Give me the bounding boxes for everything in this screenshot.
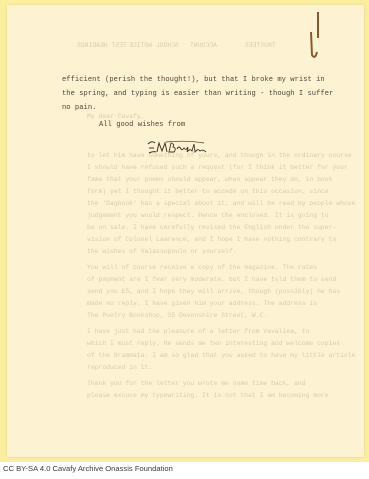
signature-image: [146, 139, 208, 157]
header-bleed-1: TEST HEADINGS: [77, 42, 127, 49]
bleed-line: I should have refused such a request (fo…: [87, 164, 348, 171]
bleed-line: of the Grammata. I am so glad that you a…: [87, 352, 355, 359]
bleed-line: send you £5, and I hope they will arrive…: [87, 288, 340, 295]
bleed-line: Thank you for the letter you wrote me so…: [87, 380, 306, 387]
body-line-1: efficient (perish the thought!), but tha…: [62, 76, 369, 84]
bleed-line: The Poetry Bookshop, 35 Devonshire Stree…: [87, 312, 267, 319]
bleed-line: My dear Cavafy,: [87, 113, 145, 120]
bleed-line: judgement you would respect. Hence the e…: [87, 212, 329, 219]
bleed-line: You will of course receive a copy of the…: [87, 264, 317, 271]
bleed-line: made no reply. I have given him your add…: [87, 300, 317, 307]
copyright-credit: CC BY-SA 4.0 Cavafy Archive Onassis Foun…: [3, 464, 173, 473]
closing: All good wishes from: [99, 121, 369, 129]
body-line-2: the spring, and typing is easier than wr…: [62, 90, 369, 98]
bleed-line: of payment are I fear very moderate, but…: [87, 276, 336, 283]
bleed-line: form) yet I thought it better to accede …: [87, 188, 329, 195]
header-bleed-2: SCHOOL NOTICE: [129, 42, 179, 49]
pen-mark: [306, 10, 326, 60]
bleed-line: which I must reply. He sends me two inte…: [87, 340, 340, 347]
bleed-line: I have just had the pleasure of a letter…: [87, 328, 309, 335]
body-line-3: no pain.: [62, 104, 369, 112]
bleed-line: to let him have something of yours, and …: [87, 152, 352, 159]
bleed-line: please excuse my typewriting. It is not …: [87, 392, 329, 399]
letter-page: TEST HEADINGS SCHOOL NOTICE ACCOUNT TRUS…: [7, 5, 364, 457]
bleed-line: fame that your poems should appear, when…: [87, 176, 332, 183]
header-bleed-4: TRUSTEES: [245, 42, 276, 49]
header-bleed-3: ACCOUNT: [190, 42, 217, 49]
bleed-line: the wishes of Valassopoulo or yourself.: [87, 248, 237, 255]
bleed-line: be on sale. I have carefully revised the…: [87, 224, 336, 231]
bleed-line: the 'Dagbook' has a special about it, an…: [87, 200, 355, 207]
scan-background: TEST HEADINGS SCHOOL NOTICE ACCOUNT TRUS…: [0, 0, 369, 462]
bleed-line: vision of Colonel Lawrence, and I hope I…: [87, 236, 336, 243]
bleed-line: reproduced in it.: [87, 364, 152, 371]
